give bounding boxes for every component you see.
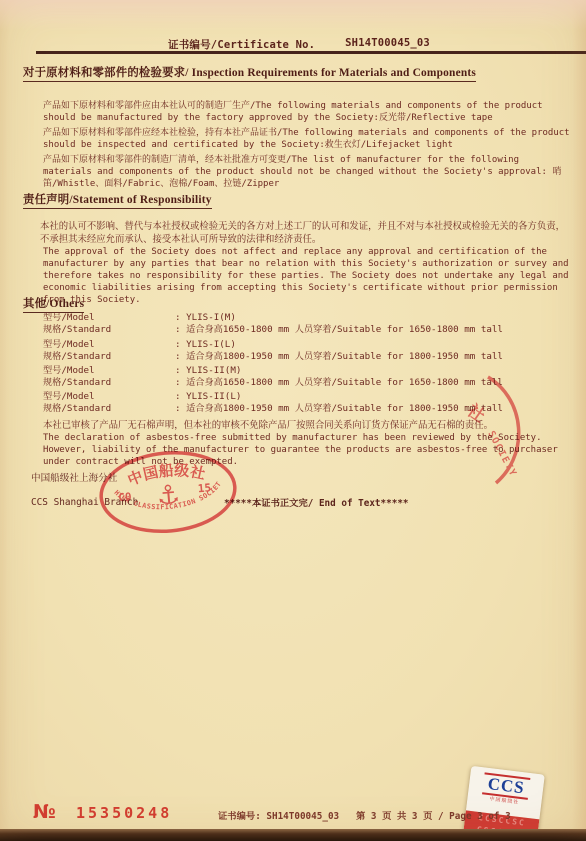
stamp-left-code: C0 (118, 490, 132, 504)
certificate-number-value: SH14T00045_03 (345, 37, 430, 52)
paragraph-manufactured-by-approved-factory: 产品如下原材料和零部件应由本社认可的制造厂生产/The following ma… (43, 101, 573, 125)
numero-symbol: № (33, 801, 56, 823)
paragraph-manufacturer-list: 产品如下原材料和零部件的制造厂清单，经本社批准方可变更/The list of … (43, 155, 573, 190)
model-value: : YLIS-I(M) (175, 312, 574, 324)
header-divider-rule (36, 51, 586, 54)
responsibility-statement-english: The approval of the Society does not aff… (43, 246, 574, 306)
section-title-others: 其他/Others (23, 295, 84, 313)
page-bottom-edge (0, 829, 586, 841)
model-label: 型号/Model (43, 339, 175, 351)
certificate-number-line: 证书编号/Certificate No. SH14T00045_03 (168, 37, 430, 52)
paragraph-inspected-certificated: 产品如下原材料和零部件应经本社检验，持有本社产品证书/The following… (43, 128, 573, 152)
standard-label: 规格/Standard (43, 377, 175, 389)
section-title-inspection-requirements: 对于原材料和零部件的检验要求/ Inspection Requirements … (23, 64, 476, 82)
model-row-2: 型号/Model : YLIS-I(L) 规格/Standard : 适合身高1… (43, 339, 574, 362)
model-value: : YLIS-I(L) (175, 339, 574, 351)
standard-value: : 适合身高1650-1800 mm 人员穿着/Suitable for 165… (175, 324, 574, 336)
model-row-1: 型号/Model : YLIS-I(M) 规格/Standard : 适合身高1… (43, 312, 574, 335)
standard-value: : 适合身高1800-1950 mm 人员穿着/Suitable for 180… (175, 351, 574, 363)
standard-label: 规格/Standard (43, 351, 175, 363)
ccs-oval-stamp: 中国船级社 CHINA CLASSIFICATION SOCIETY C0 15… (88, 440, 247, 545)
certificate-number-label: 证书编号/Certificate No. (168, 37, 315, 52)
model-label: 型号/Model (43, 365, 175, 377)
model-label: 型号/Model (43, 312, 175, 324)
partial-stamp-right-edge: 社 SOCIETY (438, 371, 550, 489)
responsibility-statement-chinese: 本社的认可不影响、替代与本社授权或检验无关的各方对上述工厂的认可和发证，并且不对… (40, 221, 574, 245)
section-title-statement-of-responsibility: 责任声明/Statement of Responsibility (23, 191, 212, 209)
certificate-page: 证书编号/Certificate No. SH14T00045_03 对于原材料… (0, 0, 586, 841)
anchor-icon: ⚓ (157, 473, 180, 513)
footer-certificate-number: 证书编号: SH14T00045_03 (218, 808, 339, 822)
standard-label: 规格/Standard (43, 403, 175, 415)
serial-number: 15350248 (76, 804, 172, 822)
standard-label: 规格/Standard (43, 324, 175, 336)
partial-stamp-char: 社 (462, 399, 489, 427)
model-label: 型号/Model (43, 391, 175, 403)
stamp-right-code: 15 (197, 481, 211, 495)
end-of-text-line: *****本证书正文完/ End of Text***** (224, 495, 409, 509)
footer-page-info: 第 3 页 共 3 页 / Page 3 of 3 (356, 808, 511, 822)
